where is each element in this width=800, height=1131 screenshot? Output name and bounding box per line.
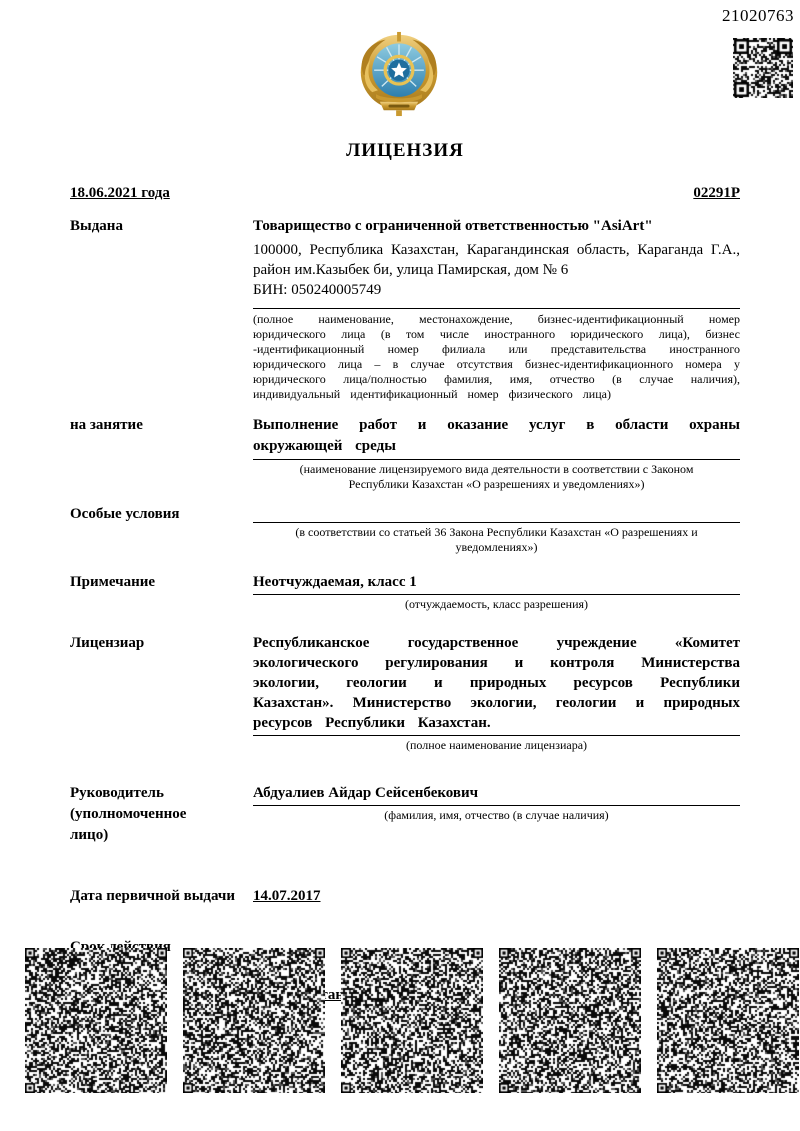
kazakhstan-coat-of-arms-icon bbox=[351, 31, 447, 122]
head-caption: (фамилия, имя, отчество (в случае наличи… bbox=[253, 806, 740, 823]
note-value: Неотчуждаемая, класс 1 bbox=[253, 572, 740, 595]
datamatrix-barcode bbox=[341, 948, 483, 1093]
field-licensor: Лицензиар Республиканское государственно… bbox=[70, 633, 740, 753]
datamatrix-barcode bbox=[657, 948, 799, 1093]
page-title: ЛИЦЕНЗИЯ bbox=[70, 140, 740, 162]
field-special-conditions: Особые условия (в соответствии со статье… bbox=[70, 504, 740, 555]
issued-to-name: Товарищество с ограниченной ответственно… bbox=[253, 216, 740, 237]
licensor-label: Лицензиар bbox=[70, 633, 253, 753]
head-value: Абдуалиев Айдар Сейсенбекович bbox=[253, 783, 740, 806]
license-document-page: 21020763 bbox=[0, 0, 800, 1131]
issue-date: 18.06.2021 года bbox=[70, 185, 170, 202]
document-number: 21020763 bbox=[722, 6, 794, 26]
issued-to-address: 100000, Республика Казахстан, Карагандин… bbox=[253, 240, 740, 280]
issued-to-caption: (полное наименование, местонахождение, б… bbox=[253, 309, 740, 402]
note-caption: (отчуждаемость, класс разрешения) bbox=[253, 595, 740, 612]
special-conditions-caption: (в соответствии со статьей 36 Закона Рес… bbox=[253, 523, 740, 555]
date-number-row: 18.06.2021 года 02291P bbox=[70, 185, 740, 202]
field-activity: на занятие Выполнение работ и оказание у… bbox=[70, 415, 740, 492]
activity-label: на занятие bbox=[70, 415, 253, 492]
datamatrix-barcode bbox=[183, 948, 325, 1093]
issued-to-label: Выдана bbox=[70, 216, 253, 402]
activity-caption: (наименование лицензируемого вида деятел… bbox=[253, 460, 740, 492]
licensor-caption: (полное наименование лицензиара) bbox=[253, 736, 740, 753]
licensor-value: Республиканское государственное учрежден… bbox=[253, 633, 740, 736]
special-conditions-label: Особые условия bbox=[70, 504, 253, 555]
head-label: Руководитель (уполномоченное лицо) bbox=[70, 783, 253, 846]
datamatrix-barcode bbox=[499, 948, 641, 1093]
note-label: Примечание bbox=[70, 572, 253, 612]
document-body: ЛИЦЕНЗИЯ 18.06.2021 года 02291P Выдана Т… bbox=[0, 0, 800, 1006]
first-issue-date-value: 14.07.2017 bbox=[253, 888, 321, 904]
field-issued-to: Выдана Товарищество с ограниченной ответ… bbox=[70, 216, 740, 402]
first-issue-date-label: Дата первичной выдачи bbox=[70, 886, 253, 907]
field-note: Примечание Неотчуждаемая, класс 1 (отчуж… bbox=[70, 572, 740, 612]
field-head: Руководитель (уполномоченное лицо) Абдуа… bbox=[70, 783, 740, 846]
barcode-strip bbox=[25, 948, 799, 1093]
license-number: 02291P bbox=[693, 185, 740, 202]
field-first-issue-date: Дата первичной выдачи 14.07.2017 bbox=[70, 886, 740, 907]
activity-value: Выполнение работ и оказание услуг в обла… bbox=[253, 415, 740, 460]
issued-to-bin: БИН: 050240005749 bbox=[253, 280, 740, 300]
qr-code bbox=[733, 38, 793, 98]
special-conditions-value bbox=[253, 504, 740, 523]
datamatrix-barcode bbox=[25, 948, 167, 1093]
